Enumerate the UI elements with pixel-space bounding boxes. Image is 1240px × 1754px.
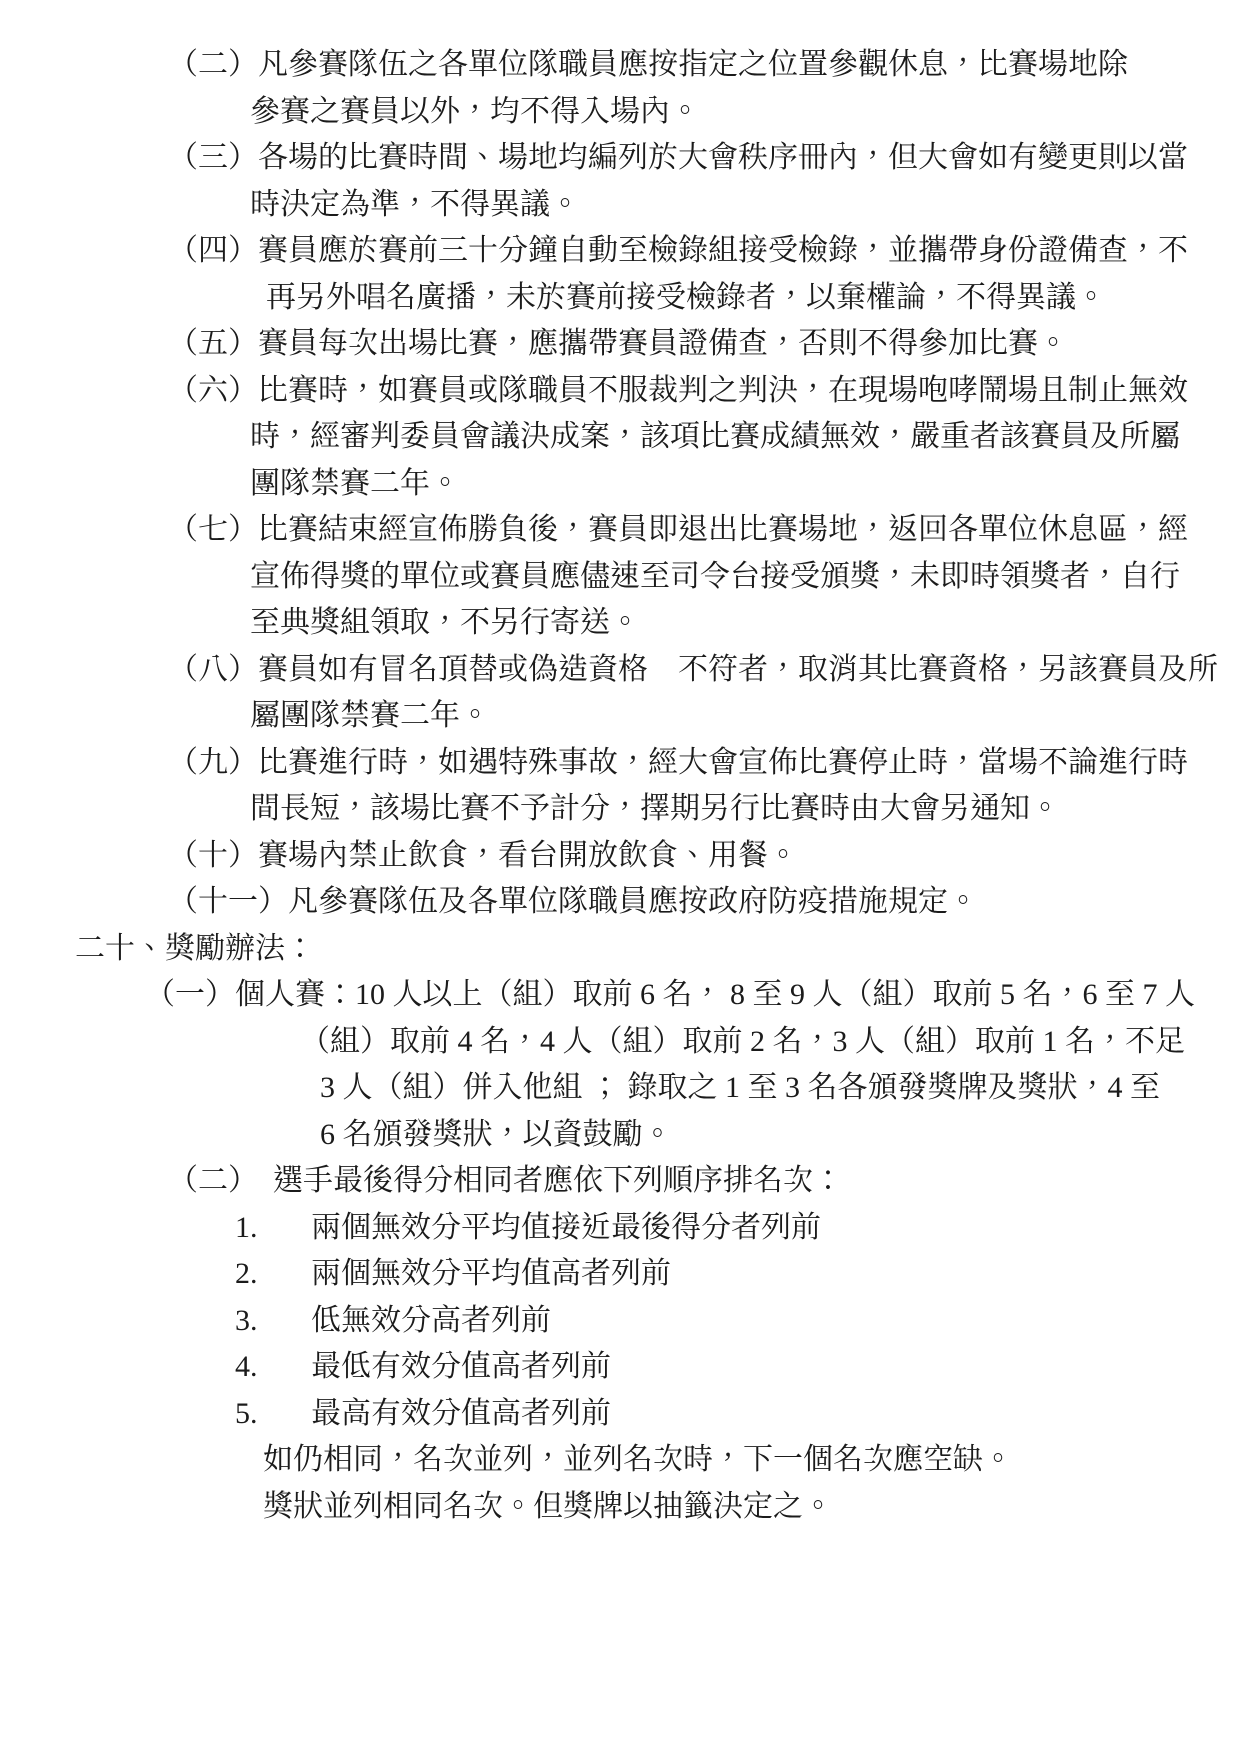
text-line: （二） 選手最後得分相同者應依下列順序排名次： [0,1158,1240,1205]
text-line: （四）賽員應於賽前三十分鐘自動至檢錄組接受檢錄，並攜帶身份證備查，不 [0,228,1240,275]
list-number: 1. [235,1205,311,1252]
text-line: （一）個人賽：10 人以上（組）取前 6 名， 8 至 9 人（組）取前 5 名… [0,972,1240,1019]
list-number: 5. [235,1391,311,1438]
text-line: （十）賽場內禁止飲食，看台開放飲食、用餐。 [0,833,1240,880]
ordered-list-line: 2.兩個無效分平均值高者列前 [0,1251,1240,1298]
text-line: 二十、獎勵辦法： [0,926,1240,973]
text-line: 間長短，該場比賽不予計分，擇期另行比賽時由大會另通知。 [0,786,1240,833]
text-line: （七）比賽結束經宣佈勝負後，賽員即退出比賽場地，返回各單位休息區，經 [0,507,1240,554]
text-line: （組）取前 4 名，4 人（組）取前 2 名，3 人（組）取前 1 名，不足 [0,1019,1240,1066]
text-line: （三）各場的比賽時間、場地均編列於大會秩序冊內，但大會如有變更則以當 [0,135,1240,182]
text-line: 時，經審判委員會議決成案，該項比賽成績無效，嚴重者該賽員及所屬 [0,414,1240,461]
list-item-text: 低無效分高者列前 [311,1304,551,1337]
text-line: 至典獎組領取，不另行寄送。 [0,600,1240,647]
list-number: 4. [235,1344,311,1391]
text-line: （六）比賽時，如賽員或隊職員不服裁判之判決，在現場咆哮鬧場且制止無效 [0,368,1240,415]
text-line: （十一）凡參賽隊伍及各單位隊職員應按政府防疫措施規定。 [0,879,1240,926]
ordered-list-line: 4.最低有效分值高者列前 [0,1344,1240,1391]
text-line: 再另外唱名廣播，未於賽前接受檢錄者，以棄權論，不得異議。 [0,275,1240,322]
text-line: 6 名頒發獎狀，以資鼓勵。 [0,1112,1240,1159]
ordered-list-line: 3.低無效分高者列前 [0,1298,1240,1345]
text-line: （五）賽員每次出場比賽，應攜帶賽員證備查，否則不得參加比賽。 [0,321,1240,368]
text-line: 屬團隊禁賽二年。 [0,693,1240,740]
list-number: 3. [235,1298,311,1345]
ordered-list-line: 5.最高有效分值高者列前 [0,1391,1240,1438]
list-item-text: 最高有效分值高者列前 [311,1397,611,1430]
text-line: 團隊禁賽二年。 [0,461,1240,508]
document-body: （二）凡參賽隊伍之各單位隊職員應按指定之位置參觀休息，比賽場地除參賽之賽員以外，… [0,42,1240,1530]
list-item-text: 兩個無效分平均值接近最後得分者列前 [311,1211,821,1244]
list-item-text: 最低有效分值高者列前 [311,1350,611,1383]
text-line: 如仍相同，名次並列，並列名次時，下一個名次應空缺。 [0,1437,1240,1484]
document-page: （二）凡參賽隊伍之各單位隊職員應按指定之位置參觀休息，比賽場地除參賽之賽員以外，… [0,0,1240,1754]
text-line: （八）賽員如有冒名頂替或偽造資格 不符者，取消其比賽資格，另該賽員及所 [0,647,1240,694]
text-line: 獎狀並列相同名次。但獎牌以抽籤決定之。 [0,1484,1240,1531]
text-line: 宣佈得獎的單位或賽員應儘速至司令台接受頒獎，未即時領獎者，自行 [0,554,1240,601]
text-line: 參賽之賽員以外，均不得入場內。 [0,89,1240,136]
text-line: （二）凡參賽隊伍之各單位隊職員應按指定之位置參觀休息，比賽場地除 [0,42,1240,89]
text-line: 時決定為準，不得異議。 [0,182,1240,229]
ordered-list-line: 1.兩個無效分平均值接近最後得分者列前 [0,1205,1240,1252]
list-item-text: 兩個無效分平均值高者列前 [311,1257,671,1290]
list-number: 2. [235,1251,311,1298]
text-line: （九）比賽進行時，如遇特殊事故，經大會宣佈比賽停止時，當場不論進行時 [0,740,1240,787]
text-line: 3 人（組）併入他組 ； 錄取之 1 至 3 名各頒發獎牌及獎狀，4 至 [0,1065,1240,1112]
